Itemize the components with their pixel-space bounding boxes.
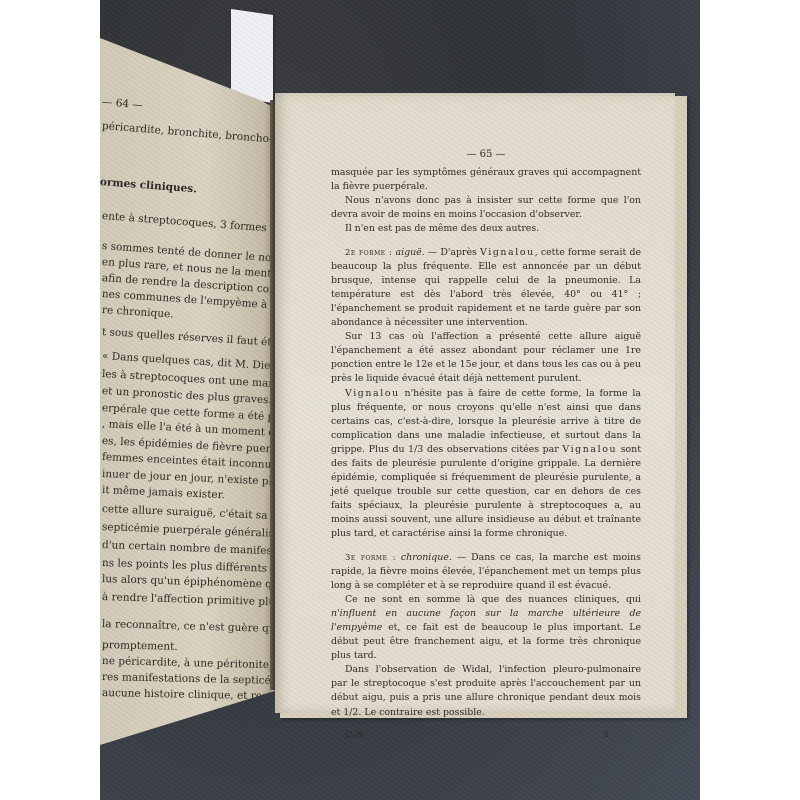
section-heading: ormes cliniques. xyxy=(100,176,197,195)
text-line: it même jamais exister. xyxy=(102,484,225,501)
text-line: aucune histoire clinique, et reste xyxy=(102,687,278,702)
paragraph: masquée par les symptômes généraux grave… xyxy=(331,166,641,194)
text-line: péricardite, bronchite, broncho-pneu- xyxy=(102,120,280,148)
book-photo: — 64 —péricardite, bronchite, broncho-pn… xyxy=(100,0,700,800)
paper-bookmark xyxy=(231,9,273,103)
right-page: — 65 — masquée par les symptômes générau… xyxy=(275,93,675,713)
paragraph: Sur 13 cas où l'affection a présenté cet… xyxy=(331,330,641,386)
text-line: t sous quelles réserves il faut étudier xyxy=(102,326,280,350)
paragraph: Vignalou n'hésite pas à faire de cette f… xyxy=(331,387,641,542)
form-type: chronique. xyxy=(401,552,452,563)
author-name: Vignalou xyxy=(562,444,617,455)
text-line: lus alors qu'un épiphénomène qui xyxy=(102,573,280,591)
page-number: — 64 — xyxy=(101,96,143,112)
text: Ce ne sont en somme là que des nuances c… xyxy=(345,594,641,605)
right-page-text: — 65 — masquée par les symptômes générau… xyxy=(331,148,641,742)
text-line: la reconnaître, ce n'est guère qu'à xyxy=(102,618,280,635)
signature-mark: C.-S. xyxy=(345,728,365,742)
paragraph: Dans l'observation de Widal, l'infection… xyxy=(331,663,641,719)
text-line: ns les points les plus différents de xyxy=(102,557,280,575)
paragraph-third-form: 3e forme : chronique. — Dans ce cas, la … xyxy=(331,550,641,593)
paragraph-second-form: 2e forme : aiguë. — D'après Vignalou, ce… xyxy=(331,245,641,331)
form-type: aiguë. xyxy=(395,247,424,258)
text-line: promptement. xyxy=(102,639,178,653)
text-line: d'un certain nombre de manifesta- xyxy=(102,539,280,558)
page-number: — 65 — xyxy=(331,148,641,162)
left-page: — 64 —péricardite, bronchite, broncho-pn… xyxy=(100,0,278,800)
author-name: Vignalou xyxy=(345,388,400,399)
form-label: 2e forme : xyxy=(345,247,392,257)
text: sont des faits de pleurésie purulente d'… xyxy=(331,444,641,540)
text-line: à rendre l'affection primitive plus xyxy=(102,591,280,608)
text-line: res manifestations de la septicémie. xyxy=(102,671,280,687)
gathering-number: 5 xyxy=(604,728,609,742)
text: — D'après xyxy=(428,247,477,258)
text-line: cette allure suraiguë, c'était sa sur- xyxy=(102,503,280,523)
form-label: 3e forme : xyxy=(345,552,396,562)
text-line: ne péricardite, à une péritonite, à xyxy=(102,655,280,671)
left-page-text: — 64 —péricardite, bronchite, broncho-pn… xyxy=(100,0,280,800)
text: , cette forme serait de beaucoup la plus… xyxy=(331,247,641,328)
text-line: ente à streptocoques, 3 formes princi- xyxy=(102,210,280,237)
author-name: Vignalou xyxy=(480,247,535,258)
paragraph: Ce ne sont en somme là que des nuances c… xyxy=(331,593,641,663)
text-line: re chronique. xyxy=(102,304,174,321)
paragraph: Nous n'avons donc pas à insister sur cet… xyxy=(331,194,641,222)
text-line: septicémie puerpérale généralisée et xyxy=(102,521,280,541)
paragraph: Il n'en est pas de même des deux autres. xyxy=(331,222,641,236)
page-footer: C.-S. 5 xyxy=(331,728,641,742)
